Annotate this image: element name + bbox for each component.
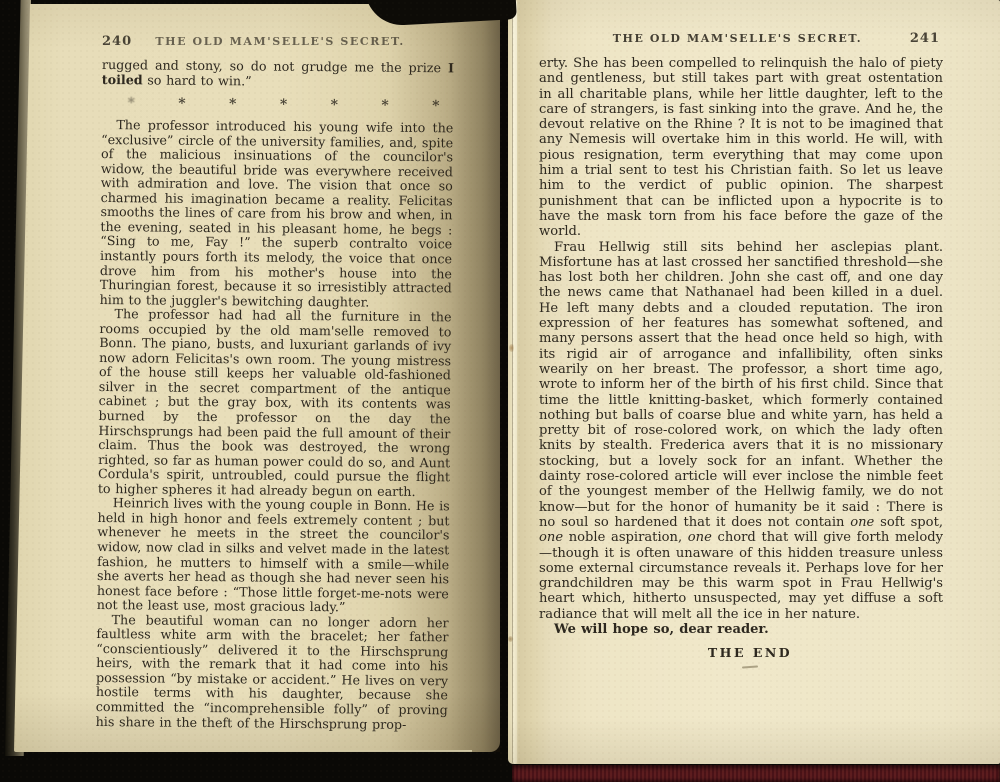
the-end-label: THE END [539, 645, 943, 660]
asterisk-glyph: * [280, 98, 287, 113]
left-page: 240 THE OLD MAM'SELLE'S SECRET. rugged a… [14, 4, 500, 752]
book-cover-edge [512, 765, 1000, 782]
running-title: THE OLD MAM'SELLE'S SECRET. [132, 35, 428, 48]
foxing-spot [508, 636, 513, 642]
ink-mark [742, 665, 758, 668]
page-number: 240 [102, 34, 132, 49]
asterisk-glyph: * [331, 99, 338, 114]
asterisk-glyph: * [229, 98, 236, 113]
page-number: 241 [910, 31, 940, 46]
right-page-header: THE OLD MAM'SELLE'S SECRET. 241 [539, 31, 940, 46]
closing-line: We will hope so, dear reader. [539, 622, 943, 637]
right-page-text: erty. She has been compelled to relinqui… [539, 56, 943, 668]
right-page: THE OLD MAM'SELLE'S SECRET. 241 erty. Sh… [508, 0, 1000, 764]
page-bottom-edge [34, 750, 472, 759]
foxing-spot [509, 344, 514, 352]
gutter-crease [512, 0, 517, 764]
gutter-shadow [390, 4, 500, 752]
asterisk-glyph: * [178, 97, 185, 112]
asterisk-glyph: * [127, 97, 134, 112]
paragraph: erty. She has been compelled to relinqui… [539, 56, 943, 240]
asterisk-glyph: * [381, 99, 388, 114]
open-book-scan: 240 THE OLD MAM'SELLE'S SECRET. rugged a… [0, 0, 1000, 782]
paragraph: Frau Hellwig still sits behind her ascle… [539, 240, 943, 622]
running-title: THE OLD MAM'SELLE'S SECRET. [565, 32, 910, 45]
